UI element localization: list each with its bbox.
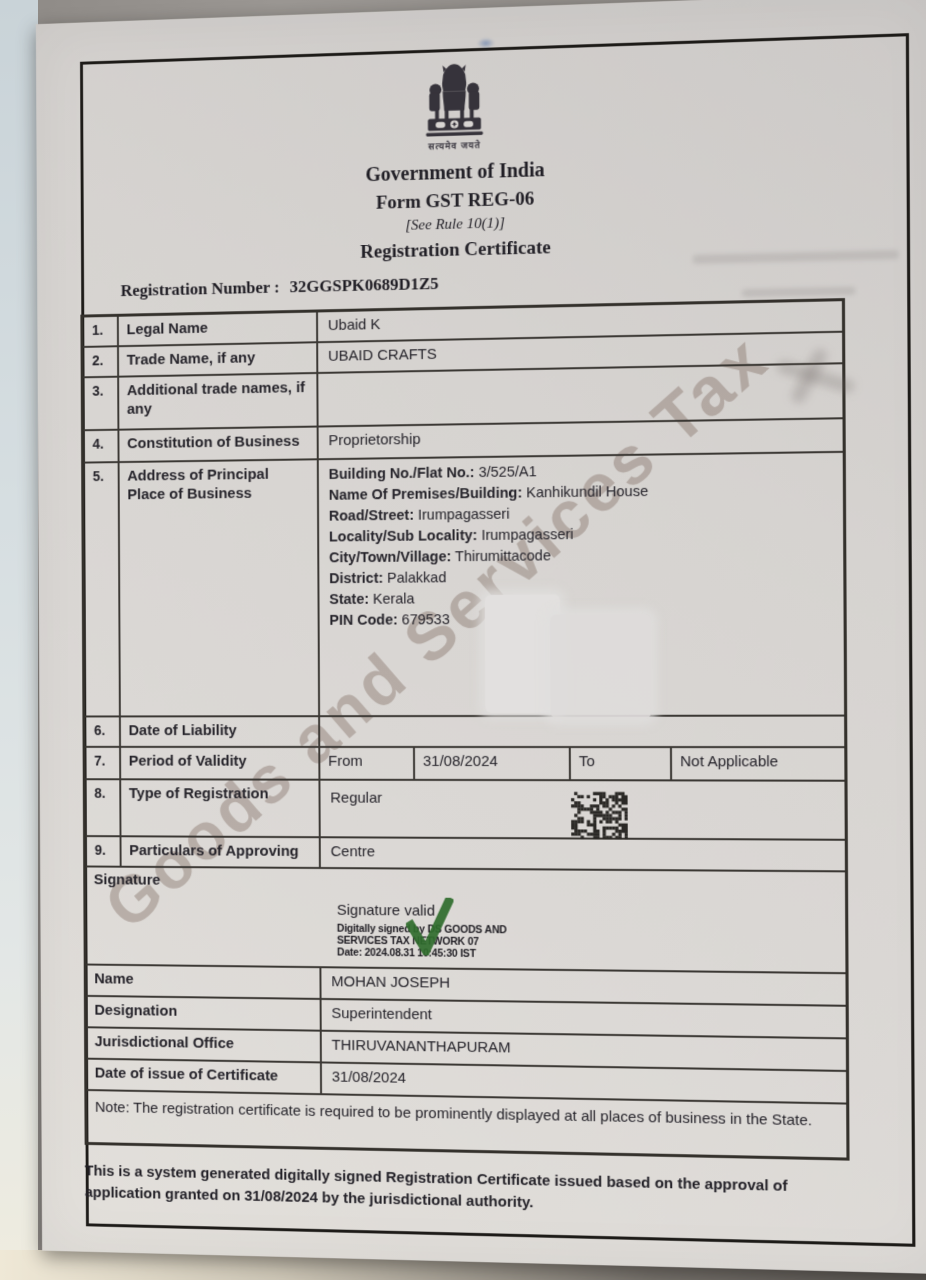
row-number: 1. bbox=[83, 317, 117, 346]
document-photo: Goods and Services Tax bbox=[0, 0, 926, 1280]
registration-type-cell: Regular bbox=[318, 781, 844, 839]
certificate-paper: Goods and Services Tax bbox=[36, 0, 926, 1274]
validity-from-label: From bbox=[320, 748, 413, 779]
showthrough-text-ghost bbox=[742, 287, 855, 298]
row-label: Legal Name bbox=[117, 313, 316, 346]
registration-number-label: Registration Number : bbox=[121, 278, 280, 300]
table-row-validity: 7. Period of Validity From 31/08/2024 To… bbox=[85, 746, 844, 780]
row-label: Date of Liability bbox=[119, 717, 318, 746]
row-number: 7. bbox=[85, 748, 119, 778]
green-check-icon bbox=[406, 897, 454, 955]
row-label: Constitution of Business bbox=[117, 428, 316, 462]
table-row-address: 5. Address of Principal Place of Busines… bbox=[84, 451, 844, 716]
table-row: 9. Particulars of Approving Centre bbox=[86, 835, 845, 870]
signature-label: Signature bbox=[94, 871, 837, 893]
row-label: Additional trade names, if any bbox=[117, 374, 316, 429]
registration-number-value: 32GGSPK0689D1Z5 bbox=[290, 274, 439, 296]
row-label: Particulars of Approving bbox=[120, 837, 319, 867]
whiteout-patch bbox=[550, 614, 652, 719]
row-label: Period of Validity bbox=[119, 748, 318, 779]
signature-row: Signature Signature valid Digitally sign… bbox=[86, 865, 845, 972]
certificate-content: सत्यमेव जयते Government of India Form GS… bbox=[79, 35, 850, 1222]
emblem-block: सत्यमेव जयते bbox=[79, 50, 844, 163]
registration-number-line: Registration Number : 32GGSPK0689D1Z5 bbox=[121, 264, 845, 301]
row-value: Centre bbox=[319, 838, 845, 870]
row-number: 3. bbox=[84, 378, 118, 430]
validity-to-label: To bbox=[569, 748, 670, 779]
table-row-registration-type: 8. Type of Registration Regular bbox=[86, 778, 845, 839]
row-number: 6. bbox=[85, 717, 119, 745]
row-number: 4. bbox=[84, 431, 118, 462]
officer-label: Date of issue of Certificate bbox=[87, 1059, 320, 1093]
officer-label: Name bbox=[87, 965, 320, 997]
row-number: 9. bbox=[86, 837, 120, 865]
row-value bbox=[316, 364, 842, 425]
row-number: 8. bbox=[86, 780, 120, 835]
row-label: Address of Principal Place of Business bbox=[118, 460, 319, 715]
officer-label: Designation bbox=[87, 997, 320, 1030]
qr-code bbox=[571, 791, 628, 840]
row-number: 2. bbox=[83, 347, 117, 376]
table-row: 6. Date of Liability bbox=[85, 715, 844, 747]
row-value bbox=[318, 717, 844, 747]
row-label: Trade Name, if any bbox=[117, 343, 316, 375]
footer-statement: This is a system generated digitally sig… bbox=[85, 1160, 850, 1222]
validity-from-date: 31/08/2024 bbox=[413, 748, 569, 779]
certificate-table: 1. Legal Name Ubaid K 2. Trade Name, if … bbox=[80, 298, 849, 1160]
validity-cells: From 31/08/2024 To Not Applicable bbox=[318, 748, 844, 780]
row-number: 5. bbox=[84, 463, 119, 715]
ashoka-emblem-icon bbox=[423, 62, 485, 142]
whiteout-patch bbox=[485, 594, 561, 713]
officer-label: Jurisdictional Office bbox=[87, 1028, 320, 1061]
row-label: Type of Registration bbox=[119, 780, 319, 836]
address-value-cell: Building No./Flat No.: 3/525/A1 Name Of … bbox=[317, 453, 844, 715]
window-light-strip bbox=[0, 0, 38, 1280]
validity-to-date: Not Applicable bbox=[670, 748, 844, 780]
